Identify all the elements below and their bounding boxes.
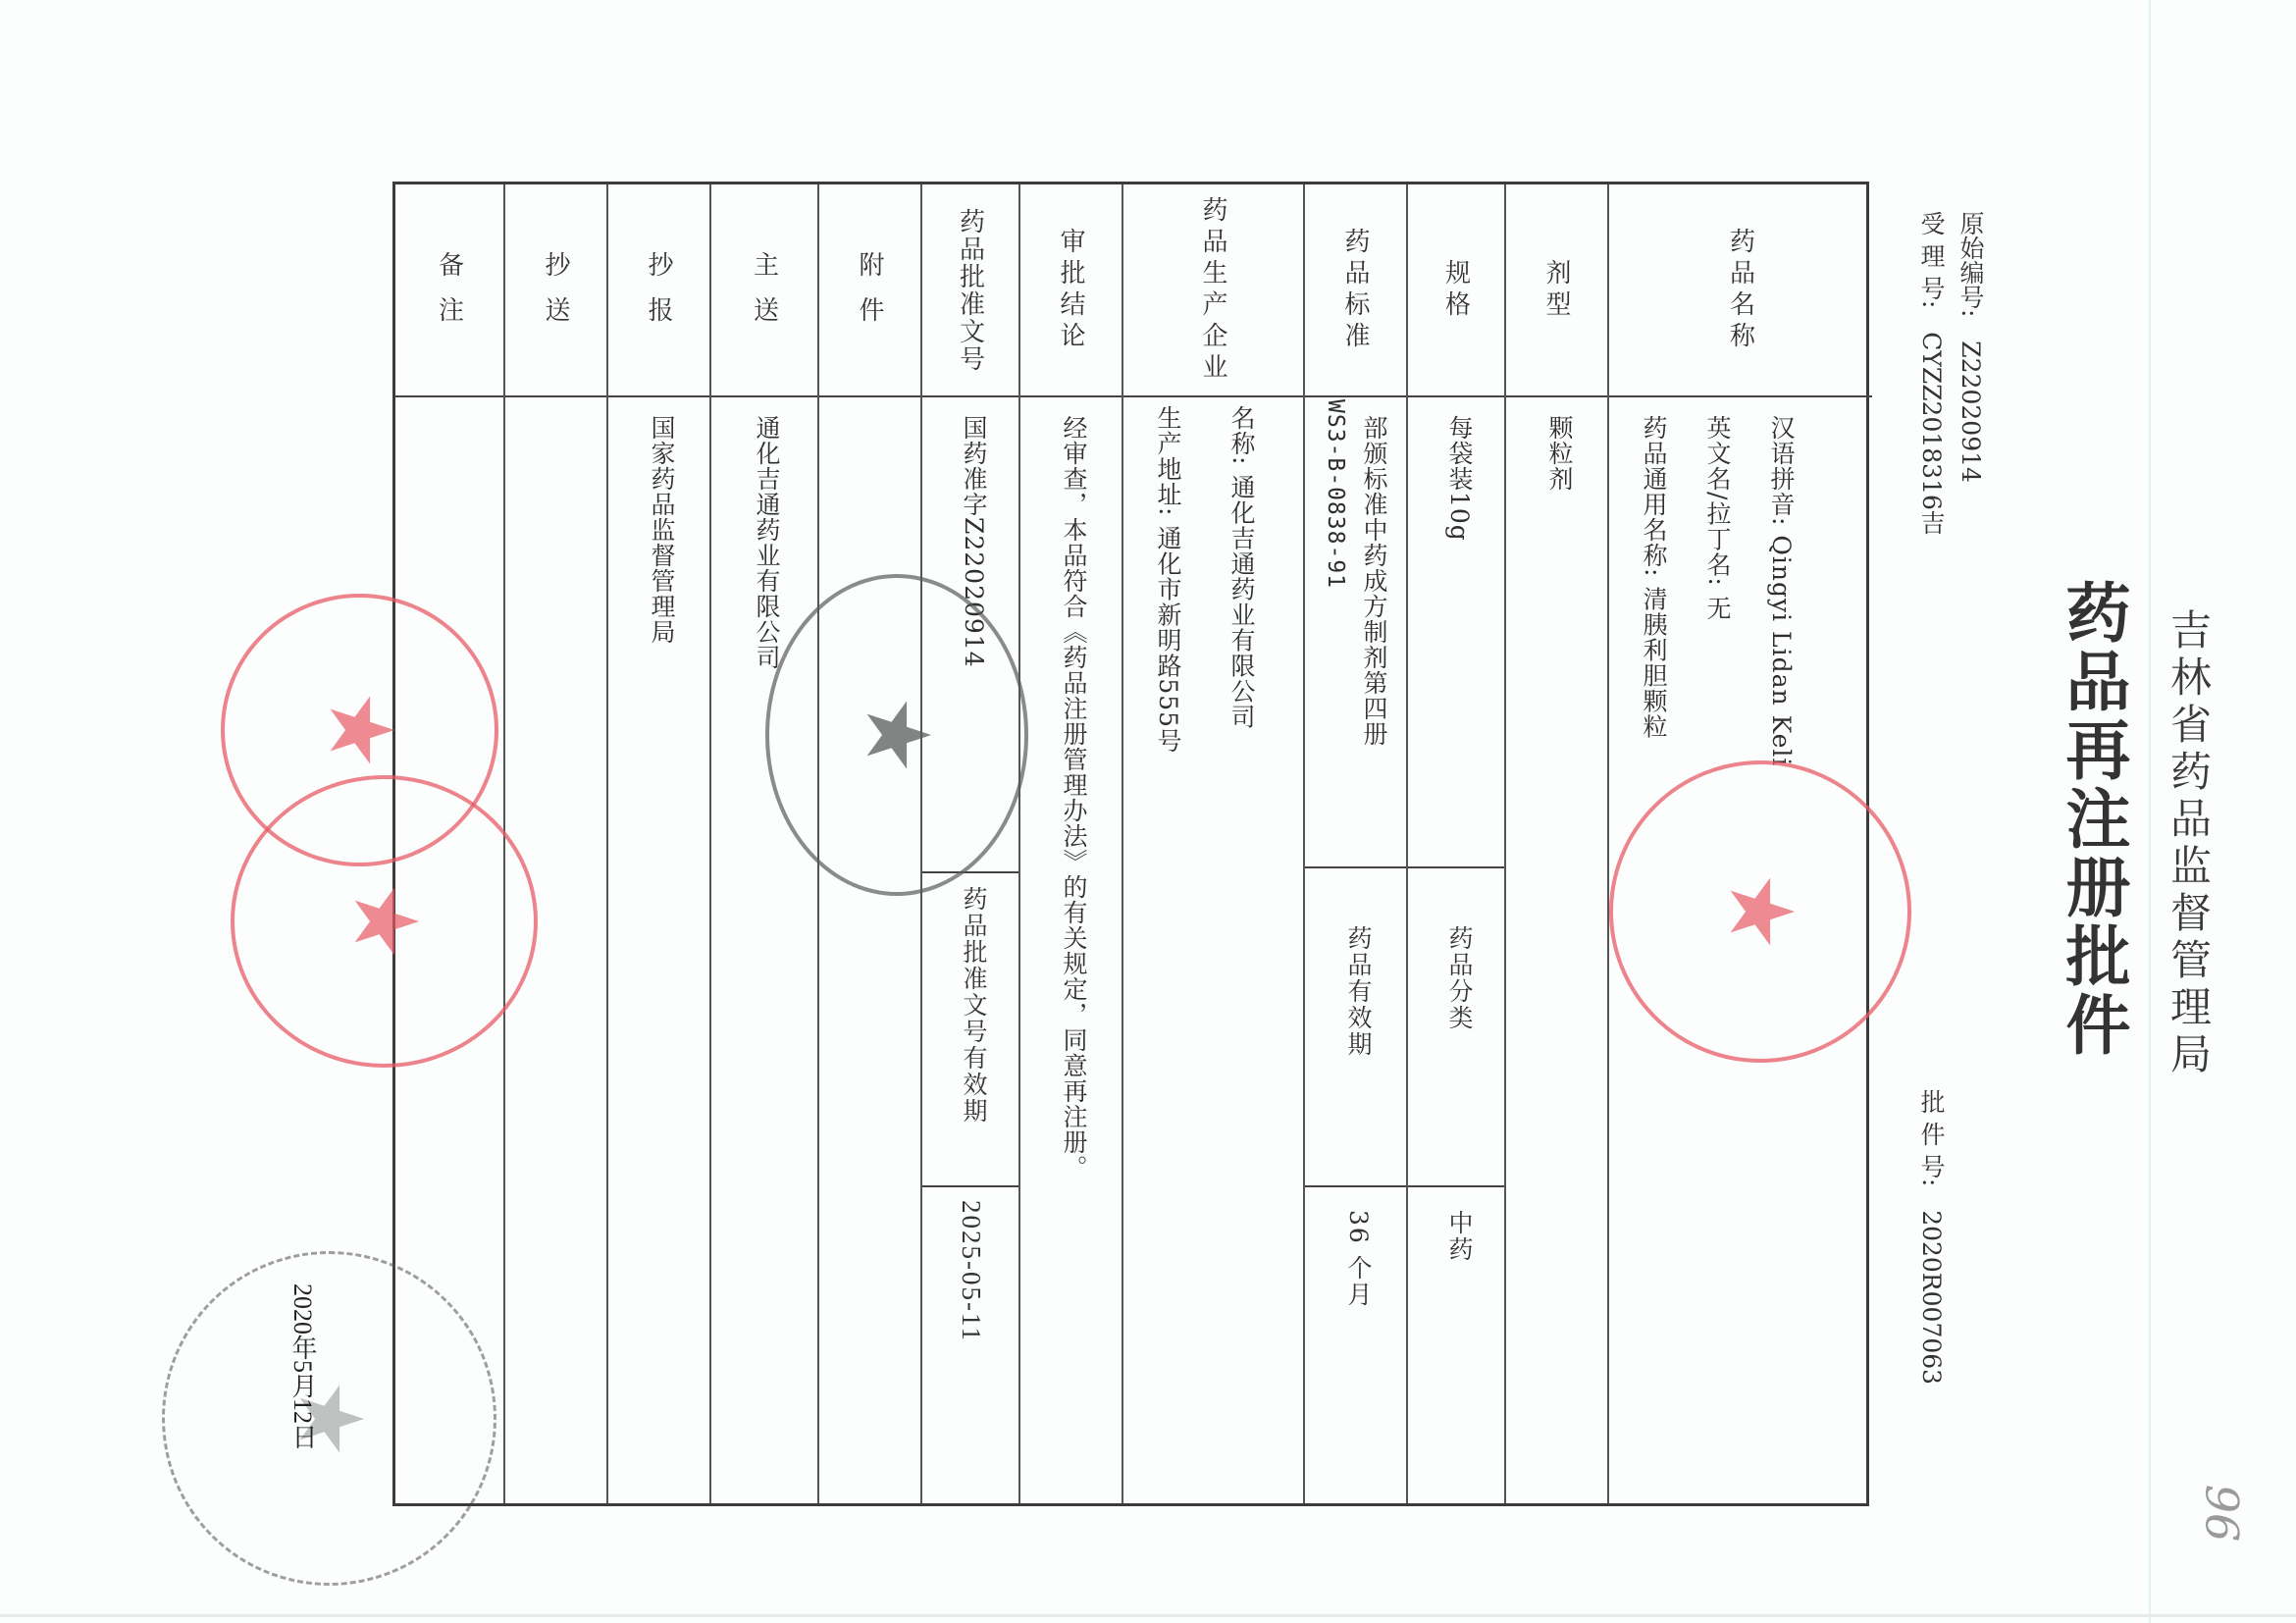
- seal-date: 2020年5月12日: [285, 1283, 321, 1449]
- sub-divider: [1408, 866, 1504, 868]
- scan-edge-line: [2149, 0, 2151, 1623]
- row-label: 审批结论: [1020, 184, 1122, 397]
- approval-doc-value: 2020R007063: [1917, 1210, 1946, 1385]
- row-label: 主 送: [711, 184, 817, 397]
- original-number-label: 原始编号:: [1957, 211, 1985, 317]
- scan-bottom-edge: [0, 1614, 2296, 1617]
- row-label: 规格: [1408, 184, 1504, 397]
- row-approval-number: 药品批准文号 国药准字Z22020914 药品批准文号有效期 2025-05-1…: [920, 184, 1018, 1503]
- row-label: 药品生产企业: [1123, 184, 1303, 397]
- manufacturer-name: 名称: 通化吉通药业有限公司: [1224, 405, 1259, 729]
- row-label: 药品名称: [1609, 184, 1872, 397]
- row-label: 药品标准: [1305, 184, 1406, 397]
- acceptance-number: 受 理 号: CYZZ2018316吉: [1913, 211, 1949, 535]
- dosage-form-value: 颗粒剂: [1541, 415, 1577, 492]
- approval-number-value: 国药准字Z22020914: [956, 415, 991, 668]
- original-number-value: Z22020914: [1957, 340, 1985, 483]
- approval-doc-label: 批 件 号:: [1917, 1089, 1946, 1186]
- star-icon: ★: [286, 1379, 374, 1458]
- specification-value: 每袋装10g: [1441, 415, 1477, 542]
- acceptance-number-label: 受 理 号:: [1917, 211, 1946, 308]
- sub-divider: [1305, 866, 1406, 868]
- report-copy-value: 国家药品监督管理局: [644, 415, 679, 645]
- row-remarks: 备 注: [395, 184, 503, 1503]
- manufacturer-address: 生产地址: 通化市新明路555号: [1150, 405, 1185, 754]
- row-cc: 抄 送: [503, 184, 606, 1503]
- pinyin-name: 汉语拼音: Qingyi Lidan Keli: [1763, 415, 1799, 766]
- row-label: 药品批准文号: [922, 184, 1018, 397]
- row-dosage-form: 剂型 颗粒剂: [1504, 184, 1607, 1503]
- drug-category-value: 中药: [1441, 1210, 1477, 1263]
- shelf-life-label: 药品有效期: [1340, 925, 1376, 1058]
- row-review-conclusion: 审批结论 经审查，本品符合《药品注册管理办法》的有关规定，同意再注册。: [1018, 184, 1122, 1503]
- standard-name: 部颁标准中药成方制剂第四册: [1356, 415, 1391, 747]
- original-number: 原始编号: Z22020914: [1953, 211, 1988, 483]
- review-conclusion-value: 经审查，本品符合《药品注册管理办法》的有关规定，同意再注册。: [1056, 415, 1091, 1180]
- row-specification: 规格 每袋装10g 药品分类 中药: [1406, 184, 1504, 1503]
- drug-category-label: 药品分类: [1441, 925, 1477, 1031]
- sub-divider: [922, 1185, 1018, 1187]
- english-latin-name: 英文名/拉丁名: 无: [1699, 415, 1735, 621]
- row-label: 抄 报: [608, 184, 709, 397]
- acceptance-number-value: CYZZ2018316吉: [1917, 332, 1946, 535]
- document-page: 吉林省药品监督管理局 药品再注册批件 原始编号: Z22020914 受 理 号…: [0, 0, 2296, 1623]
- handwritten-page-number: 96: [2195, 1485, 2248, 1543]
- row-drug-name: 药品名称 药品通用名称: 清胰利胆颗粒 英文名/拉丁名: 无 汉语拼音: Qin…: [1607, 184, 1872, 1503]
- row-manufacturer: 药品生产企业 名称: 通化吉通药业有限公司 生产地址: 通化市新明路555号: [1122, 184, 1303, 1503]
- row-report-copy: 抄 报 国家药品监督管理局: [606, 184, 709, 1503]
- star-icon: ★: [316, 691, 404, 770]
- row-label: 抄 送: [505, 184, 606, 397]
- row-label: 附 件: [819, 184, 920, 397]
- row-main-recipient: 主 送 通化吉通药业有限公司: [709, 184, 817, 1503]
- sub-divider: [922, 871, 1018, 873]
- row-label: 备 注: [395, 184, 503, 397]
- row-attachments: 附 件: [817, 184, 920, 1503]
- document-title: 药品再注册批件: [2046, 579, 2139, 1060]
- approval-validity-label: 药品批准文号有效期: [956, 886, 991, 1125]
- row-label: 剂型: [1506, 184, 1607, 397]
- generic-name: 药品通用名称: 清胰利胆颗粒: [1636, 415, 1671, 739]
- shelf-life-value: 36 个月: [1340, 1210, 1376, 1308]
- standard-code: WS3-B-0838-91: [1323, 399, 1348, 589]
- row-drug-standard: 药品标准 部颁标准中药成方制剂第四册 WS3-B-0838-91 药品有效期 3…: [1303, 184, 1406, 1503]
- sub-divider: [1408, 1185, 1504, 1187]
- organization-name: 吉林省药品监督管理局: [2159, 608, 2218, 1079]
- approval-doc-number: 批 件 号: 2020R007063: [1913, 1089, 1949, 1385]
- sub-divider: [1305, 1185, 1406, 1187]
- main-recipient-value: 通化吉通药业有限公司: [749, 415, 784, 670]
- registration-table: 药品名称 药品通用名称: 清胰利胆颗粒 英文名/拉丁名: 无 汉语拼音: Qin…: [392, 182, 1869, 1506]
- approval-validity-value: 2025-05-11: [956, 1200, 986, 1342]
